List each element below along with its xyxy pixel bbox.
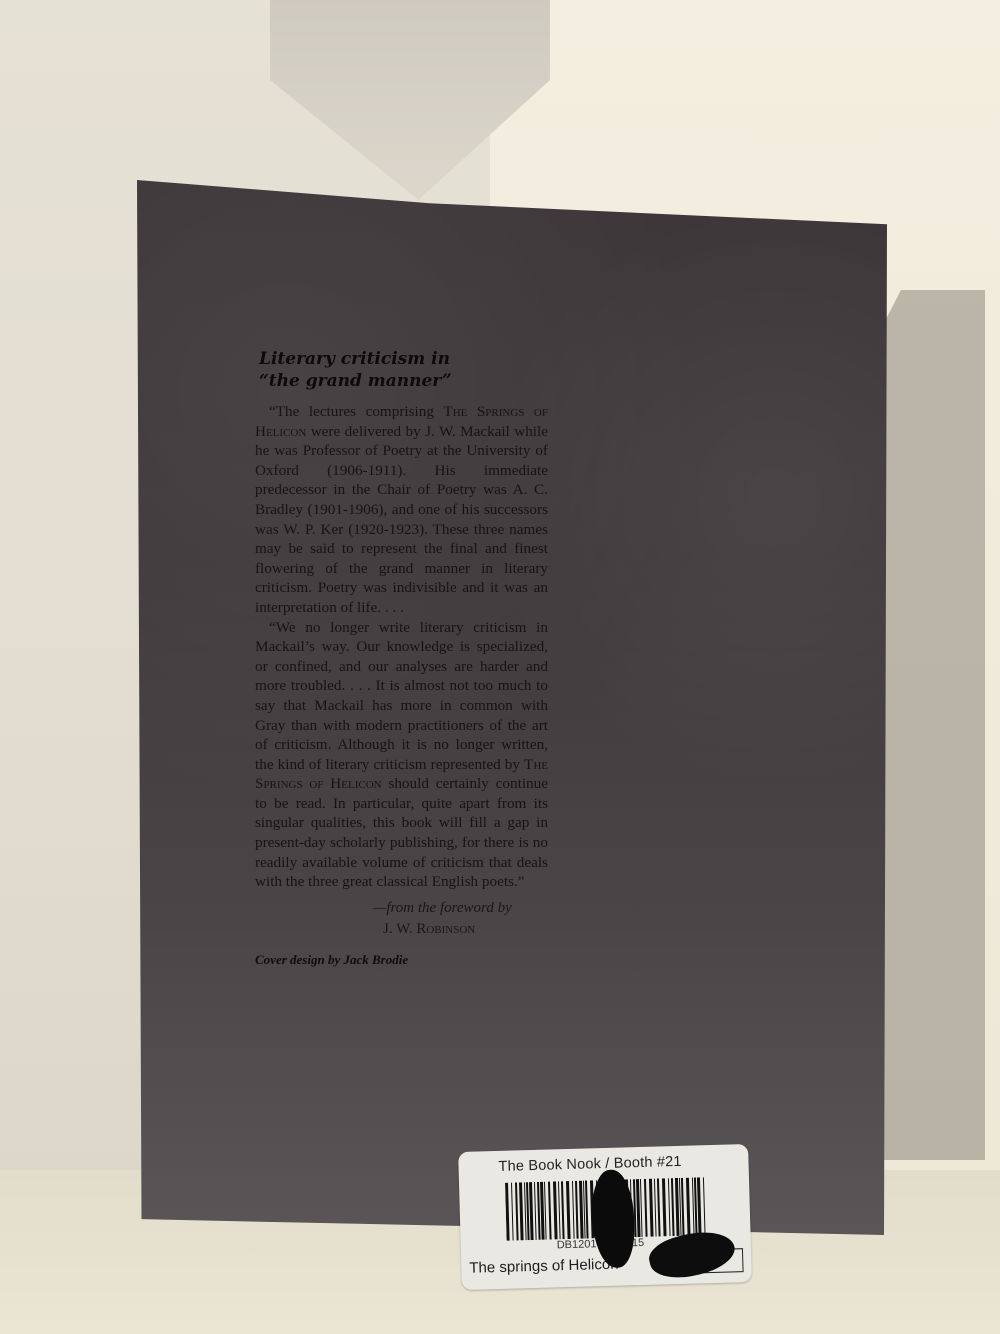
blurb-paragraph: “We no longer write literary criticism i… <box>255 618 548 892</box>
cover-text-block: Literary criticism in “the grand manner”… <box>255 348 548 968</box>
blurb-run: should certainly continue to be read. In… <box>255 775 548 890</box>
attribution-name: J. W. Robinson <box>383 921 548 938</box>
price-sticker: The Book Nook / Booth #21 DB1201…175015 … <box>458 1144 752 1290</box>
headline-line-2: “the grand manner” <box>259 370 548 392</box>
blurb-paragraph: “The lectures comprising The Springs of … <box>255 402 548 618</box>
headline-line-1: Literary criticism in <box>259 348 548 370</box>
cover-headline: Literary criticism in “the grand manner” <box>255 348 548 392</box>
book-back-cover: Literary criticism in “the grand manner”… <box>137 180 887 1235</box>
sticker-book-title: The springs of Helicon <box>469 1256 619 1277</box>
blurb-run: were delivered by J. W. Mackail while he… <box>255 423 548 616</box>
cover-blurb: “The lectures comprising The Springs of … <box>255 402 548 892</box>
attribution: —from the foreword by <box>373 900 548 917</box>
blurb-run: “The lectures comprising <box>269 403 443 420</box>
blurb-run: “We no longer write literary criticism i… <box>255 619 548 773</box>
sticker-store-name: The Book Nook / Booth #21 <box>498 1154 682 1175</box>
cover-design-credit: Cover design by Jack Brodie <box>255 952 548 968</box>
